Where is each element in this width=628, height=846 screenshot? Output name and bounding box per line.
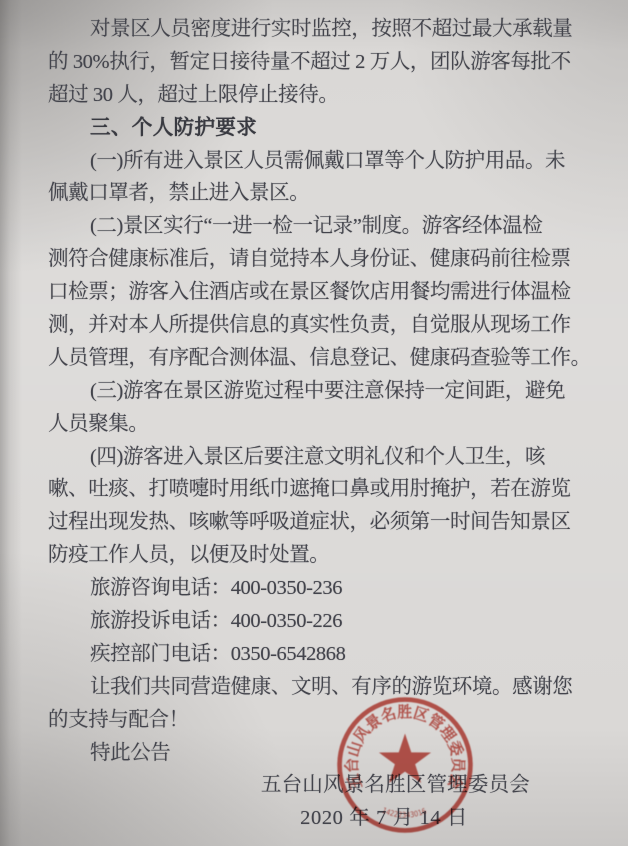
- official-seal: 五台山风景名胜区管理委员会 14222343016: [334, 694, 476, 836]
- document-body: 对景区人员密度进行实时监控，按照不超过最大承载量的 30%执行，暂定日接待量不超…: [0, 0, 628, 835]
- seal-number: 14222343016: [381, 806, 428, 820]
- phone-consult-line: 旅游咨询电话：400-0350-236: [48, 572, 628, 605]
- phone-complaint-line: 旅游投诉电话：400-0350-226: [48, 605, 628, 638]
- notice-paragraph-line: (三)游客在景区游览过程中要注意保持一定间距，避免: [48, 375, 628, 408]
- notice-paragraph-line: (二)景区实行“一进一检一记录”制度。游客经体温检: [48, 210, 628, 243]
- phone-cdc-line: 疾控部门电话：0350-6542868: [48, 638, 628, 671]
- notice-paragraph-line: (一)所有进入景区人员需佩戴口罩等个人防护用品。未: [48, 145, 628, 178]
- notice-paragraph-line: 测符合健康标准后，请自觉持本人身份证、健康码前往检票: [48, 243, 628, 276]
- notice-paragraph-line: 口检票；游客入住酒店或在景区餐饮店用餐均需进行体温检: [48, 276, 628, 309]
- notice-paragraph-line: 人员聚集。: [48, 408, 628, 441]
- section-heading: 三、个人防护要求: [48, 112, 628, 145]
- notice-paragraph-line: 对景区人员密度进行实时监控，按照不超过最大承载量: [48, 13, 628, 46]
- notice-paragraph-line: 佩戴口罩者，禁止进入景区。: [48, 177, 628, 210]
- notice-paragraph-line: 防疫工作人员，以便及时处置。: [48, 539, 628, 572]
- notice-paragraph-line: 过程出现发热、咳嗽等呼吸道症状，必须第一时间告知景区: [48, 506, 628, 539]
- notice-page: 对景区人员密度进行实时监控，按照不超过最大承载量的 30%执行，暂定日接待量不超…: [0, 0, 628, 846]
- seal-star-icon: [379, 734, 431, 783]
- notice-paragraph-line: 的 30%执行，暂定日接待量不超过 2 万人，团队游客每批不: [48, 46, 628, 79]
- notice-paragraph-line: 测，并对本人所提供信息的真实性负责，自觉服从现场工作: [48, 309, 628, 342]
- notice-paragraph-line: (四)游客进入景区后要注意文明礼仪和个人卫生，咳: [48, 441, 628, 474]
- notice-paragraph-line: 超过 30 人，超过上限停止接待。: [48, 79, 628, 112]
- notice-paragraph-line: 嗽、吐痰、打喷嚏时用纸巾遮掩口鼻或用肘掩护，若在游览: [48, 473, 628, 506]
- notice-paragraph-line: 人员管理，有序配合测体温、信息登记、健康码查验等工作。: [48, 342, 628, 375]
